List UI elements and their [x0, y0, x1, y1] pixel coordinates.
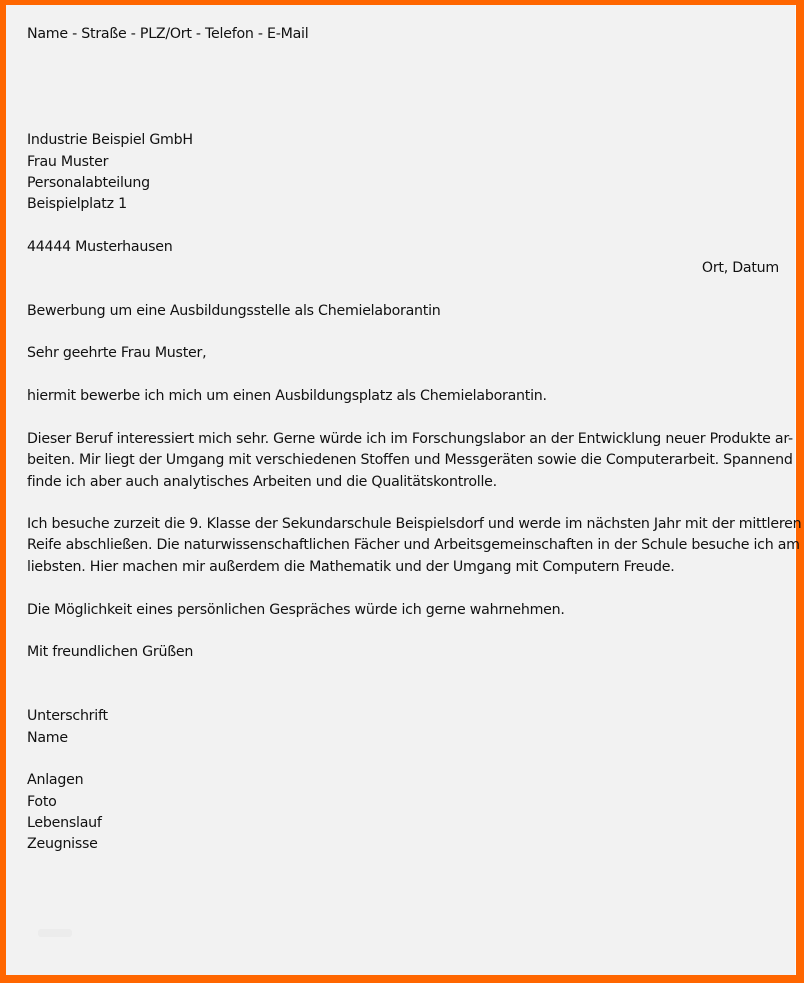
paragraph-line: finde ich aber auch analytisches Arbeite…: [27, 472, 782, 493]
paragraph-line: Reife abschließen. Die naturwissenschaft…: [27, 535, 782, 556]
closing-request: Die Möglichkeit eines persönlichen Gespr…: [27, 600, 565, 621]
signature-label: Unterschrift: [27, 706, 108, 727]
subject-line: Bewerbung um eine Ausbildungsstelle als …: [27, 301, 441, 322]
intro-sentence: hiermit bewerbe ich mich um einen Ausbil…: [27, 386, 547, 407]
sender-line: Name - Straße - PLZ/Ort - Telefon - E-Ma…: [27, 24, 308, 45]
recipient-contact: Frau Muster: [27, 152, 108, 173]
watermark-mark: [38, 929, 72, 937]
attachment-item: Zeugnisse: [27, 834, 98, 855]
attachment-item: Lebenslauf: [27, 813, 102, 834]
recipient-street: Beispielplatz 1: [27, 194, 127, 215]
recipient-city: 44444 Musterhausen: [27, 237, 172, 258]
attachments-label: Anlagen: [27, 770, 83, 791]
attachment-item: Foto: [27, 792, 57, 813]
letter-page: Name - Straße - PLZ/Ort - Telefon - E-Ma…: [6, 5, 796, 975]
recipient-company: Industrie Beispiel GmbH: [27, 130, 193, 151]
paragraph-motivation: Dieser Beruf interessiert mich sehr. Ger…: [27, 429, 782, 493]
recipient-department: Personalabteilung: [27, 173, 150, 194]
closing-greeting: Mit freundlichen Grüßen: [27, 642, 193, 663]
paragraph-line: Dieser Beruf interessiert mich sehr. Ger…: [27, 429, 782, 450]
place-date: Ort, Datum: [702, 258, 779, 279]
paragraph-line: beiten. Mir liegt der Umgang mit verschi…: [27, 450, 782, 471]
paragraph-school: Ich besuche zurzeit die 9. Klasse der Se…: [27, 514, 782, 578]
salutation: Sehr geehrte Frau Muster,: [27, 343, 206, 364]
paragraph-line: Ich besuche zurzeit die 9. Klasse der Se…: [27, 514, 782, 535]
paragraph-line: liebsten. Hier machen mir außerdem die M…: [27, 557, 782, 578]
signature-name: Name: [27, 728, 68, 749]
